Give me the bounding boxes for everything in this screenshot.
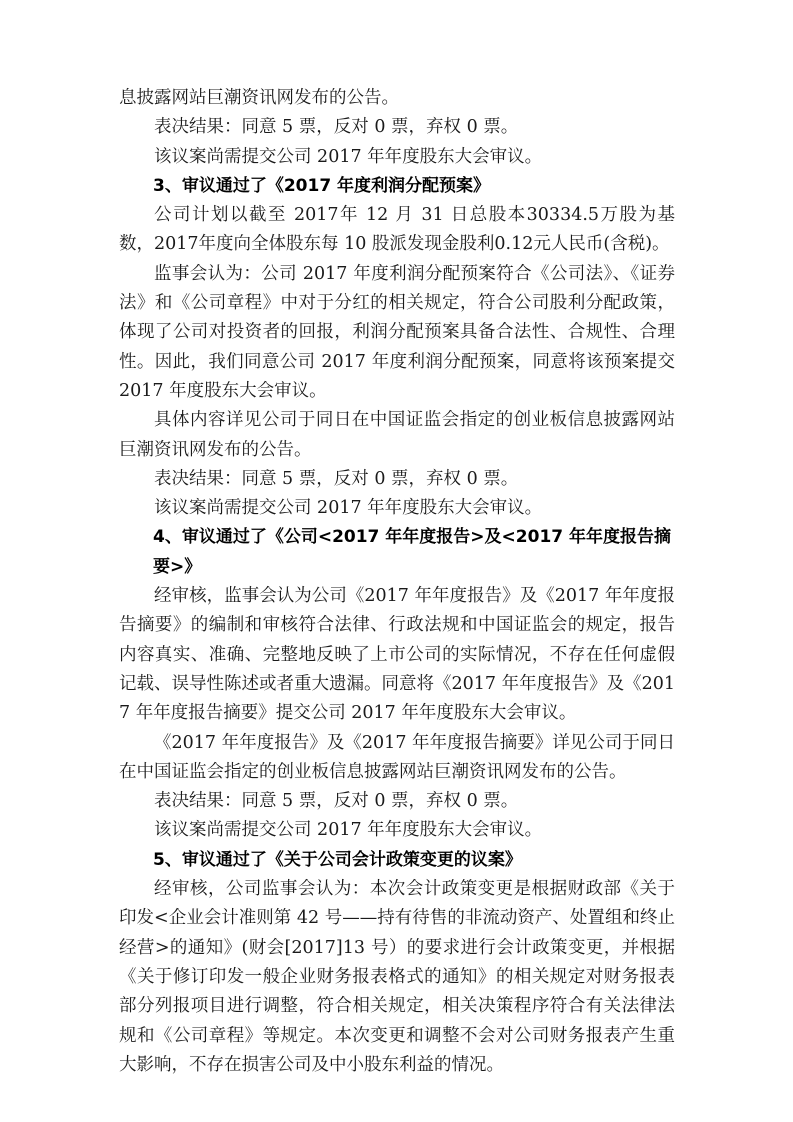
profit-distribution-plan: 公司计划以截至 2017年 12 月 31 日总股本30334.5万股为基数，2…	[119, 201, 675, 260]
submission-note-2: 该议案尚需提交公司 2017 年年度股东大会审议。	[119, 143, 675, 172]
paragraph-continuation: 息披露网站巨潮资讯网发布的公告。	[119, 84, 675, 113]
vote-result-3: 表决结果：同意 5 票，反对 0 票，弃权 0 票。	[119, 465, 675, 494]
details-reference-4: 《2017 年年度报告》及《2017 年年度报告摘要》详见公司于同日在中国证监会…	[119, 729, 675, 788]
supervisory-opinion-3: 监事会认为：公司 2017 年度利润分配预案符合《公司法》、《证券法》和《公司章…	[119, 260, 675, 406]
supervisory-opinion-4: 经审核，监事会认为公司《2017 年年度报告》及《2017 年年度报告摘要》的编…	[119, 582, 675, 728]
submission-note-3: 该议案尚需提交公司 2017 年年度股东大会审议。	[119, 494, 675, 523]
supervisory-opinion-5: 经审核，公司监事会认为：本次会计政策变更是根据财政部《关于印发<企业会计准则第 …	[119, 875, 675, 1080]
vote-result-4: 表决结果：同意 5 票，反对 0 票，弃权 0 票。	[119, 787, 675, 816]
section-heading-5: 5、审议通过了《关于公司会计政策变更的议案》	[119, 846, 675, 875]
document-page: 息披露网站巨潮资讯网发布的公告。 表决结果：同意 5 票，反对 0 票，弃权 0…	[119, 84, 675, 1080]
submission-note-4: 该议案尚需提交公司 2017 年年度股东大会审议。	[119, 816, 675, 845]
section-heading-3: 3、审议通过了《2017 年度利润分配预案》	[119, 172, 675, 201]
details-reference-3: 具体内容详见公司于同日在中国证监会指定的创业板信息披露网站巨潮资讯网发布的公告。	[119, 406, 675, 465]
section-heading-4: 4、审议通过了《公司<2017 年年度报告>及<2017 年年度报告摘要>》	[119, 523, 675, 582]
vote-result-2: 表决结果：同意 5 票，反对 0 票，弃权 0 票。	[119, 113, 675, 142]
